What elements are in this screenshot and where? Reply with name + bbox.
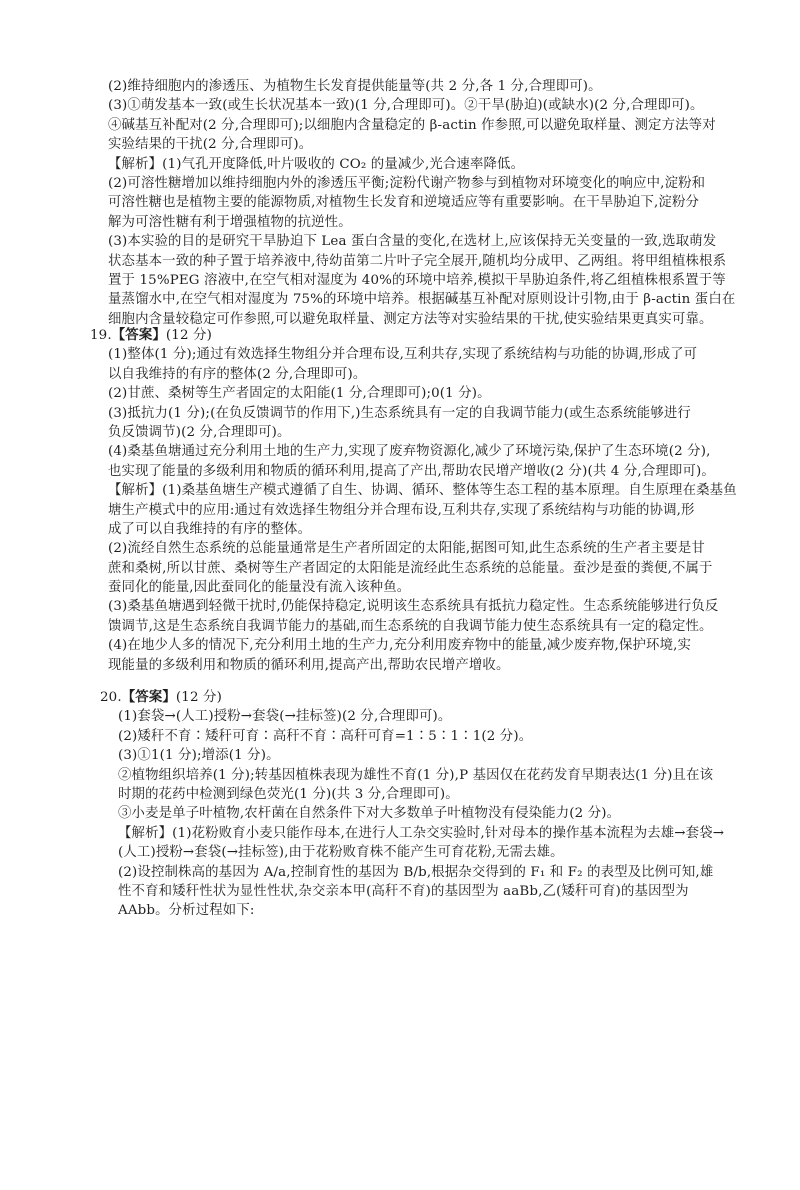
text-line: (3)本实验的目的是研究干旱胁迫下 Lea 蛋白含量的变化,在选材上,应该保持无… — [108, 232, 674, 251]
text-line: (1)整体(1 分);通过有效选择生物组分并合理布设,互利共存,实现了系统结构与… — [108, 345, 674, 364]
text-line: ③小麦是单子叶植物,农杆菌在自然条件下对大多数单子叶植物没有侵染能力(2 分)。 — [118, 804, 684, 823]
score: (12 分) — [166, 328, 212, 343]
question-header: 19.【答案】(12 分) — [90, 326, 674, 345]
text-line: 蚕同化的能量,因此蚕同化的能量没有流入该种鱼。 — [108, 578, 674, 597]
document-page: (2)维持细胞内的渗透压、为植物生长发育提供能量等(共 2 分,各 1 分,合理… — [0, 0, 800, 1190]
text-line: 馈调节,这是生态系统自我调节能力的基础,而生态系统的自我调节能力使生态系统具有一… — [108, 617, 674, 636]
score: (12 分) — [176, 690, 222, 705]
text-line: (3)抵抗力(1 分);(在负反馈调节的作用下,)生态系统具有一定的自我调节能力… — [108, 404, 674, 423]
text-line: (2)可溶性糖增加以维持细胞内外的渗透压平衡;淀粉代谢产物参与到植物对环境变化的… — [108, 174, 674, 193]
text-line: 性不育和矮秆性状为显性性状,杂交亲本甲(高秆不育)的基因型为 aaBb,乙(矮秆… — [118, 882, 684, 901]
question-number: 20. — [100, 690, 122, 705]
answer-label: 【答案】 — [112, 327, 166, 343]
text-line: 状态基本一致的种子置于培养液中,待幼苗第二片叶子完全展开,随机均分成甲、乙两组。… — [108, 252, 674, 271]
text-line: ④碱基互补配对(2 分,合理即可);以细胞内含量稳定的 β-actin 作参照,… — [108, 116, 674, 135]
text-line: 以自我维持的有序的整体(2 分,合理即可)。 — [108, 365, 674, 384]
text-line: 蔗和桑树,所以甘蔗、桑树等生产者固定的太阳能是流经此生态系统的总能量。蚕沙是蚕的… — [108, 559, 674, 578]
text-line: ②植物组织培养(1 分);转基因植株表现为雄性不育(1 分),P 基因仅在花药发… — [118, 766, 684, 785]
question-number: 19. — [90, 328, 112, 343]
text-line: 解为可溶性糖有利于增强植物的抗逆性。 — [108, 213, 674, 232]
text-line: 现能量的多级利用和物质的循环利用,提高产出,帮助农民增产增收。 — [108, 656, 674, 675]
text-line: AAbb。分析过程如下: — [118, 901, 684, 920]
section-19: 19.【答案】(12 分) (1)整体(1 分);通过有效选择生物组分并合理布设… — [90, 326, 674, 675]
text-line: (人工)授粉→套袋(→挂标签),由于花粉败育株不能产生可育花粉,无需去雄。 — [118, 843, 684, 862]
text-line: 时期的花药中检测到绿色荧光(1 分)(共 3 分,合理即可)。 — [118, 785, 684, 804]
answer-label: 【答案】 — [122, 689, 176, 705]
text-line: (4)在地少人多的情况下,充分利用土地的生产力,充分利用废弃物中的能量,减少废弃… — [108, 636, 674, 655]
section-20: 20.【答案】(12 分) (1)套袋→(人工)授粉→套袋(→挂标签)(2 分,… — [100, 688, 684, 921]
text-line: (4)桑基鱼塘通过充分利用土地的生产力,实现了废弃物资源化,减少了环境污染,保护… — [108, 442, 674, 461]
text-line: 也实现了能量的多级利用和物质的循环利用,提高了产出,帮助农民增产增收(2 分)(… — [108, 462, 674, 481]
text-line: (3)①1(1 分);增添(1 分)。 — [118, 746, 684, 765]
text-line: (2)维持细胞内的渗透压、为植物生长发育提供能量等(共 2 分,各 1 分,合理… — [108, 77, 674, 96]
question-header: 20.【答案】(12 分) — [100, 688, 684, 707]
text-line: (2)矮秆不育∶矮秆可育∶高秆不育∶高秆可育=1∶5∶1∶1(2 分)。 — [118, 727, 684, 746]
section-18-continuation: (2)维持细胞内的渗透压、为植物生长发育提供能量等(共 2 分,各 1 分,合理… — [108, 77, 674, 329]
text-line: 塘生产模式中的应用:通过有效选择生物组分并合理布设,互利共存,实现了系统结构与功… — [108, 501, 674, 520]
text-line: (2)流经自然生态系统的总能量通常是生产者所固定的太阳能,据图可知,此生态系统的… — [108, 539, 674, 558]
text-line: 成了可以自我维持的有序的整体。 — [108, 520, 674, 539]
text-line: (3)①萌发基本一致(或生长状况基本一致)(1 分,合理即可)。②干旱(胁迫)(… — [108, 96, 674, 115]
text-line: 实验结果的干扰(2 分,合理即可)。 — [108, 135, 674, 154]
text-line: (2)甘蔗、桑树等生产者固定的太阳能(1 分,合理即可);0(1 分)。 — [108, 384, 674, 403]
text-line: (3)桑基鱼塘遇到轻微干扰时,仍能保持稳定,说明该生态系统具有抵抗力稳定性。生态… — [108, 597, 674, 616]
analysis-line: 【解析】(1)花粉败育小麦只能作母本,在进行人工杂交实验时,针对母本的操作基本流… — [118, 824, 684, 843]
text-line: 置于 15%PEG 溶液中,在空气相对湿度为 40%的环境中培养,模拟干旱胁迫条… — [108, 271, 674, 290]
text-line: (2)设控制株高的基因为 A/a,控制育性的基因为 B/b,根据杂交得到的 F₁… — [118, 863, 684, 882]
text-line: 可溶性糖也是植物主要的能源物质,对植物生长发育和逆境适应等有重要影响。在干旱胁迫… — [108, 193, 674, 212]
analysis-line: 【解析】(1)桑基鱼塘生产模式遵循了自生、协调、循环、整体等生态工程的基本原理。… — [108, 481, 674, 500]
text-line: 负反馈调节)(2 分,合理即可)。 — [108, 423, 674, 442]
text-line: 量蒸馏水中,在空气相对湿度为 75%的环境中培养。根据碱基互补配对原则设计引物,… — [108, 290, 674, 309]
text-line: (1)套袋→(人工)授粉→套袋(→挂标签)(2 分,合理即可)。 — [118, 707, 684, 726]
analysis-line: 【解析】(1)气孔开度降低,叶片吸收的 CO₂ 的量减少,光合速率降低。 — [108, 155, 674, 174]
